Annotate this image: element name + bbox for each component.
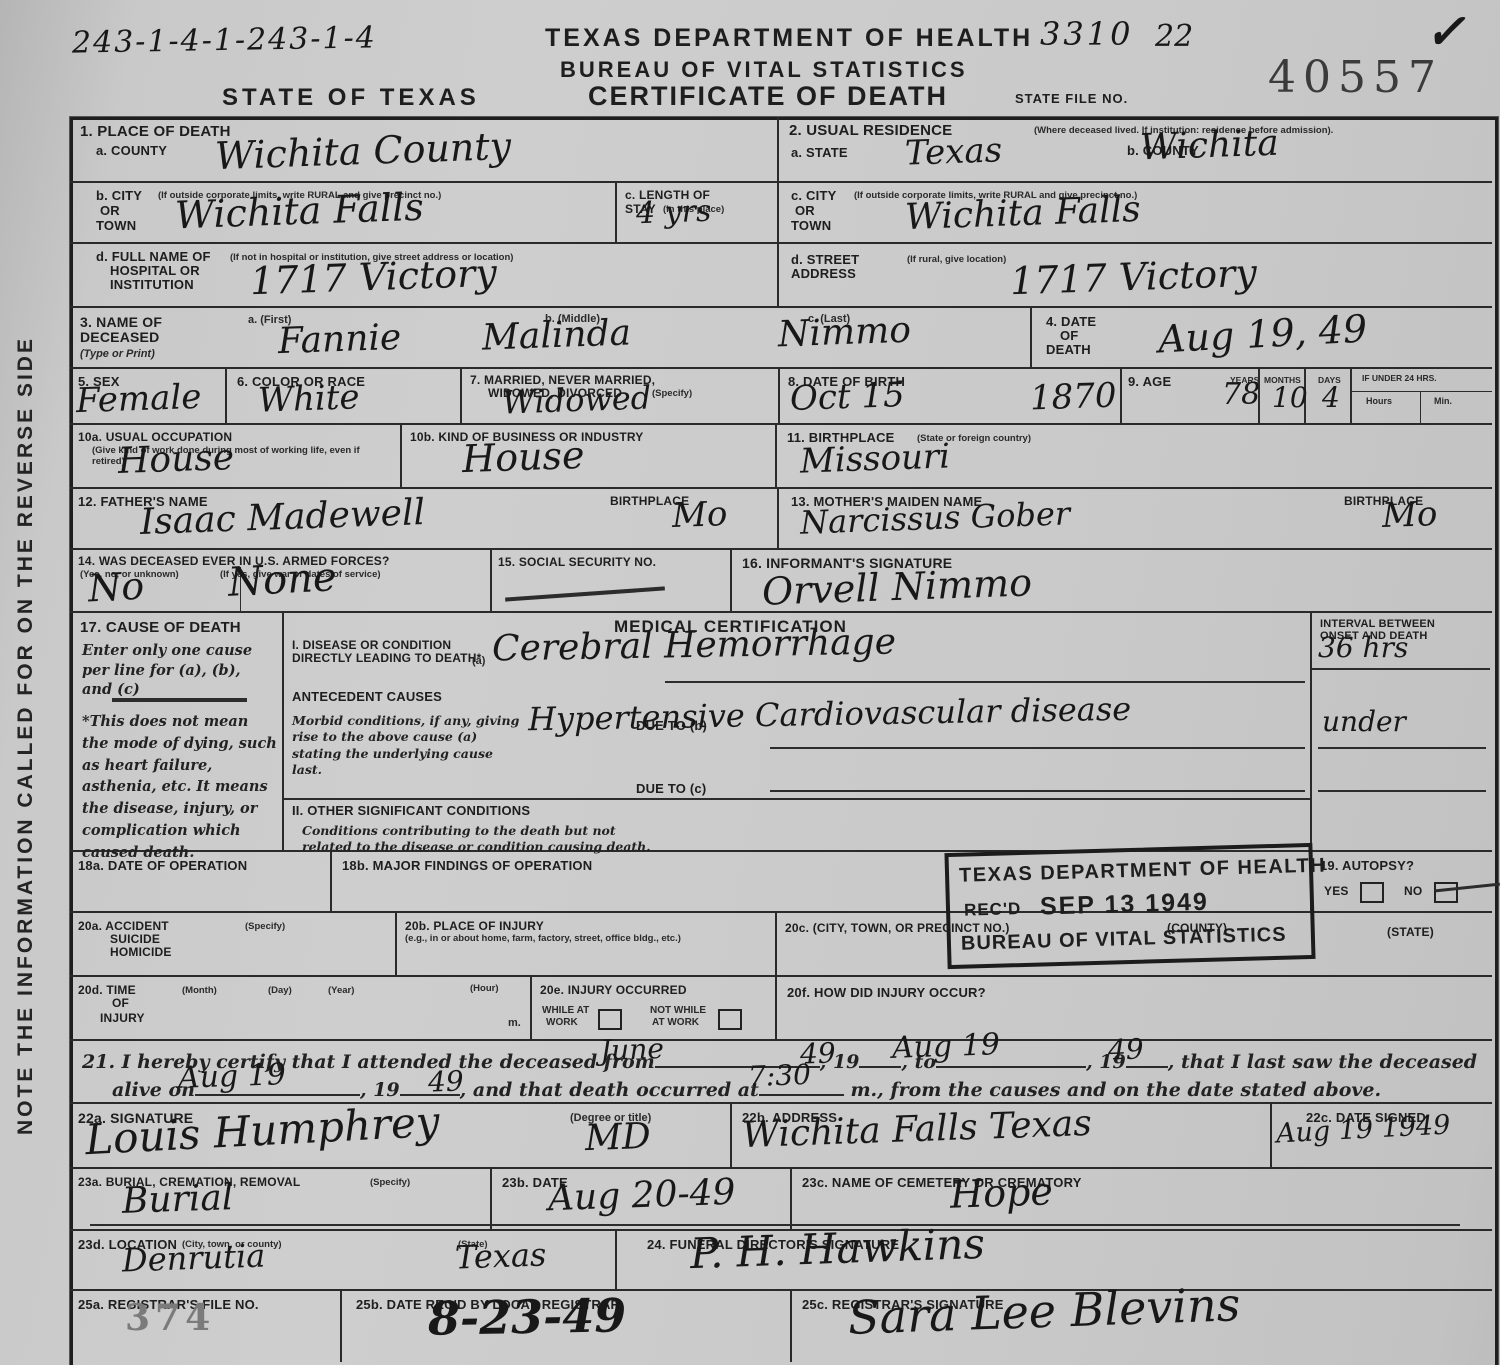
- value-interval-b: under: [1322, 708, 1406, 736]
- value-occupation: House: [117, 440, 234, 480]
- value-length-of-stay: 4 yrs: [635, 197, 711, 230]
- value-degree: MD: [584, 1119, 651, 1157]
- value-age-years: 78: [1222, 380, 1260, 410]
- death-certificate-page: NOTE THE INFORMATION CALLED FOR ON THE R…: [0, 0, 1500, 1365]
- value-color-race: White: [257, 380, 360, 418]
- value-birthplace: Missouri: [799, 439, 950, 478]
- value-first-name: Fannie: [277, 320, 401, 360]
- value-informant-signature: Orvell Nimmo: [761, 563, 1032, 610]
- value-mother-name: Narcissus Gober: [800, 497, 1071, 538]
- value-residence-city: Wichita Falls: [904, 192, 1141, 236]
- value-attended-from: June: [600, 1035, 665, 1065]
- value-cemetery: Hope: [949, 1172, 1053, 1214]
- value-cause-b: Hypertensive Cardiovascular disease: [528, 693, 1132, 736]
- value-residence-state: Texas: [904, 133, 1002, 170]
- value-burial-state: Texas: [454, 1238, 546, 1273]
- received-stamp: TEXAS DEPARTMENT OF HEALTH REC'D SEP 13 …: [944, 843, 1315, 969]
- stamp-line3: BUREAU OF VITAL STATISTICS: [961, 924, 1287, 956]
- stamp-line1: TEXAS DEPARTMENT OF HEALTH: [959, 855, 1327, 888]
- handwriting-layer: Wichita County Wichita Falls 4 yrs 1717 …: [0, 0, 1500, 1365]
- value-mother-birthplace: Mo: [1381, 497, 1437, 533]
- value-burial: Burial: [121, 1180, 234, 1220]
- stamp-date: SEP 13 1949: [1040, 888, 1210, 922]
- value-age-days: 4: [1322, 384, 1340, 412]
- value-registrar-date: 8-23-49: [428, 1292, 627, 1341]
- value-cause-a: Cerebral Hemorrhage: [492, 624, 897, 667]
- value-dob-monthday: Oct 15: [789, 378, 905, 416]
- value-armed-forces-war: None: [227, 557, 337, 603]
- value-street-address: 1717 Victory: [1009, 254, 1257, 301]
- value-date-of-death: Aug 19, 49: [1157, 310, 1368, 359]
- value-burial-location: Denrutia: [121, 1240, 265, 1277]
- value-alive-y3: 49: [428, 1067, 465, 1096]
- value-attended-y2: 49: [1108, 1035, 1145, 1064]
- value-father-name: Isaac Madewell: [139, 495, 425, 541]
- value-registrar-file-no: 374: [125, 1300, 215, 1336]
- value-business: House: [461, 436, 585, 478]
- value-sex: Female: [75, 380, 201, 418]
- stamp-recd-label: REC'D: [964, 899, 1022, 921]
- value-last-name: Nimmo: [777, 313, 911, 354]
- value-place-county: Wichita County: [214, 127, 511, 175]
- value-burial-date: Aug 20-49: [547, 1175, 736, 1218]
- value-age-months: 10: [1272, 384, 1308, 412]
- value-marital: Widowed: [501, 381, 651, 418]
- value-physician-signature: Louis Humphrey: [84, 1101, 440, 1162]
- value-attended-to: Aug 19: [892, 1030, 1001, 1064]
- value-physician-address: Wichita Falls Texas: [741, 1106, 1092, 1154]
- value-funeral-director: P. H. Hawkins: [689, 1223, 985, 1275]
- value-place-city: Wichita Falls: [174, 188, 424, 235]
- value-date-signed: Aug 19 1949: [1275, 1111, 1451, 1147]
- value-father-birthplace: Mo: [671, 497, 727, 533]
- value-hospital: 1717 Victory: [249, 254, 497, 301]
- value-alive-on: Aug 19: [178, 1060, 287, 1094]
- value-residence-county: Wichita: [1139, 126, 1279, 167]
- value-middle-name: Malinda: [481, 315, 631, 356]
- value-death-time: 7:30: [748, 1061, 812, 1091]
- value-registrar-signature: Sara Lee Blevins: [847, 1281, 1241, 1341]
- value-armed-forces: No: [87, 567, 145, 608]
- value-interval-a: 36 hrs: [1318, 634, 1408, 662]
- value-dob-year: 1870: [1029, 379, 1117, 416]
